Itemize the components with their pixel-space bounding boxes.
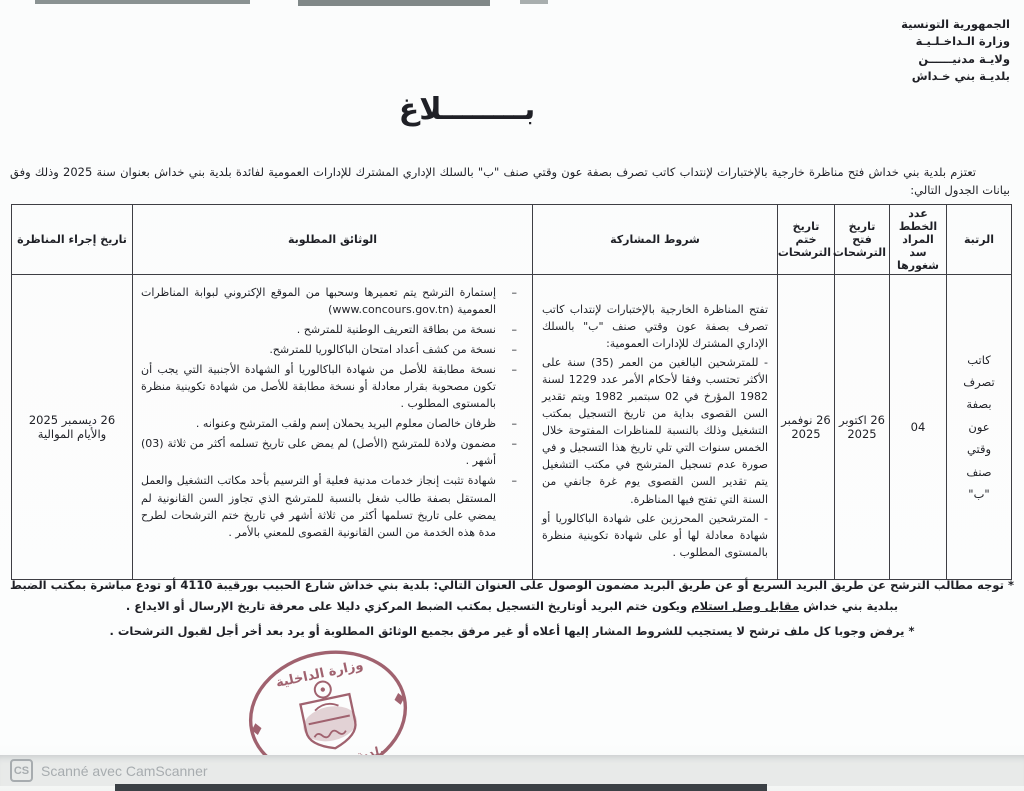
condition-paragraph: - المترشحين المحرزين على شهادة الباكالور… — [542, 510, 768, 561]
conditions-cell: تفتح المناظرة الخارجية بالإختبارات لإنتد… — [533, 275, 778, 580]
document-item: نسخة من كشف أعداد امتحان الباكالوريا للم… — [141, 341, 520, 358]
document-item: شهادة تثبت إنجاز خدمات مدنية فعلية أو ال… — [141, 472, 520, 540]
close-date-cell: 26 نوفمبر 2025 — [778, 275, 835, 580]
footnote-submission: * توجه مطالب الترشح عن طريق البريد السري… — [10, 575, 1014, 618]
letterhead-republic: الجمهورية التونسية — [901, 16, 1010, 33]
document-item: مضمون ولادة للمترشح (الأصل) لم يمض على ت… — [141, 435, 520, 469]
footnote-submission-text-end: ويكون ختم البريد أوتاريخ التسجيل بمكتب ا… — [126, 599, 691, 613]
footnote-rejection: * يرفض وجوبا كل ملف ترشح لا يستجيب للشرو… — [10, 621, 1014, 642]
scan-bottom-edge-bar — [115, 784, 767, 791]
document-item: نسخة مطابقة للأصل من شهادة الباكالوريا أ… — [141, 361, 520, 412]
stamp-emblem — [295, 676, 362, 754]
camscanner-logo-icon: CS — [10, 759, 33, 782]
header-documents: الوثائق المطلوبة — [133, 205, 533, 275]
letterhead-ministry: وزارة الـداخـلـيـة — [901, 33, 1010, 50]
document-item: نسخة من بطاقة التعريف الوطنية للمترشح . — [141, 321, 520, 338]
open-date-cell: 26 اكتوبر 2025 — [835, 275, 890, 580]
table-row: كاتب تصرف بصفة عون وقتي صنف "ب" 04 26 اك… — [12, 275, 1012, 580]
header-conditions: شروط المشاركة — [533, 205, 778, 275]
scanned-document-page: الجمهورية التونسية وزارة الـداخـلـيـة ول… — [0, 0, 1024, 791]
camscanner-watermark-text: Scanné avec CamScanner — [41, 763, 208, 779]
document-item: إستمارة الترشح يتم تعميرها وسحبها من الم… — [141, 284, 520, 318]
scan-edge-artifact — [298, 0, 490, 6]
condition-paragraph: - للمترشحين البالغين من العمر (35) سنة ع… — [542, 354, 768, 507]
announcement-table: الرتبة عدد الخطط المراد سد شغورها تاريخ … — [11, 204, 1012, 580]
header-rank: الرتبة — [947, 205, 1012, 275]
condition-paragraph: تفتح المناظرة الخارجية بالإختبارات لإنتد… — [542, 301, 768, 352]
table-header-row: الرتبة عدد الخطط المراد سد شغورها تاريخ … — [12, 205, 1012, 275]
document-item: ظرفان خالصان معلوم البريد يحملان إسم ولق… — [141, 415, 520, 432]
footnotes: * توجه مطالب الترشح عن طريق البريد السري… — [10, 575, 1014, 642]
letterhead-governorate: ولايـة مدنيــــــن — [901, 51, 1010, 68]
scan-edge-artifact — [520, 0, 548, 4]
page-title: بــــــــلاغ — [0, 92, 934, 127]
header-close-date: تاريخ ختم الترشحات — [778, 205, 835, 275]
scan-edge-artifact — [35, 0, 250, 4]
letterhead-municipality: بلديـة بني خـداش — [901, 68, 1010, 85]
header-exam-date: تاريخ إجراء المناظرة — [12, 205, 133, 275]
rank-cell: كاتب تصرف بصفة عون وقتي صنف "ب" — [947, 275, 1012, 580]
footnote-receipt-underline: مقابل وصل استلام — [691, 599, 799, 613]
camscanner-watermark-bar: CS Scanné avec CamScanner — [0, 755, 1024, 786]
header-positions-count: عدد الخطط المراد سد شغورها — [890, 205, 947, 275]
letterhead: الجمهورية التونسية وزارة الـداخـلـيـة ول… — [901, 16, 1010, 85]
header-open-date: تاريخ فتح الترشحات — [835, 205, 890, 275]
documents-cell: إستمارة الترشح يتم تعميرها وسحبها من الم… — [133, 275, 533, 580]
exam-date-cell: 26 ديسمبر 2025 والأيام الموالية — [12, 275, 133, 580]
intro-paragraph: تعتزم بلدية بني خداش فتح مناظرة خارجية ب… — [10, 163, 1010, 200]
positions-count-cell: 04 — [890, 275, 947, 580]
